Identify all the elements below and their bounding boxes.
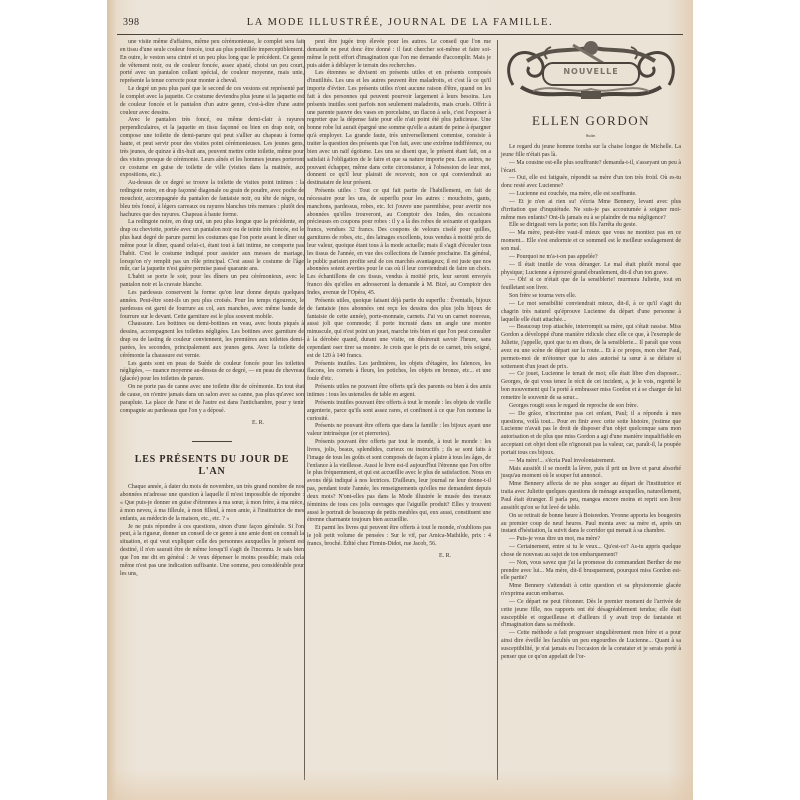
paragraph: — De grâce, n'incrimine pas cet enfant, … [501,411,681,458]
journal-title: LA MODE ILLUSTRÉE, JOURNAL DE LA FAMILLE… [117,17,683,28]
article-signature: E. R. [307,553,491,561]
page-header: 398 LA MODE ILLUSTRÉE, JOURNAL DE LA FAM… [117,14,683,35]
paragraph: Mme Bennery s'attendait à cette question… [501,583,681,599]
paragraph: Les gants sont en peau de Suède de coule… [120,361,304,385]
paragraph: Chaque année, à dater du mois de novembr… [120,484,304,523]
paragraph: — Et je n'en ai rien su! s'écria Mme Ben… [501,199,681,223]
paragraph: Présents inutiles pouvant être offerts à… [307,400,491,424]
paragraph: Présents utiles : Tout ce qui fait parti… [307,188,491,298]
paragraph: Présents utiles ne pouvant être offerts … [307,384,491,400]
paragraph: — Cette méthode a fait progresser singul… [501,630,681,661]
paragraph: — Non, vous savez que j'ai la promesse d… [501,560,681,584]
story-title: ELLEN GORDON [501,113,681,129]
paragraph: Le degré un peu plus paré que le second … [120,86,304,117]
paragraph: La redingote noire, en drap uni, un peu … [120,219,304,274]
paragraph: Le regard du jeune homme tomba sur la ch… [501,144,681,160]
paragraph: Chaussure. Les bottines ou demi-bottines… [120,321,304,360]
column-divider [304,40,305,780]
paragraph: Georges rougit sous le regard de reproch… [501,403,681,411]
paragraph: — Ma cousine est-elle plus souffrante? d… [501,160,681,176]
banner-label: NOUVELLE [503,68,679,76]
paragraph: Et parmi les livres qui peuvent être off… [307,525,491,549]
presents-article-body: Chaque année, à dater du mois de novembr… [120,484,304,578]
paragraph: Je ne puis répondre à ces questions, sin… [120,524,304,579]
section-separator [192,441,232,442]
paragraph: Présents pouvant être offerts par tout l… [307,439,491,525]
paragraph: Mme Bennery affecta de ne plus songer au… [501,481,681,512]
paragraph: — Il était inutile de vous déranger. Le … [501,262,681,278]
paragraph: Présents inutiles. Les jardinières, les … [307,361,491,385]
paragraph: Au-dessus de ce degré se trouve la toile… [120,180,304,219]
paragraph: Les étrennes se divisent en présents uti… [307,70,491,188]
paragraph: Son frère se tourna vers elle. [501,293,681,301]
paragraph: L'habit se porte le soir, pour les dîner… [120,274,304,290]
paragraph: On ne porte pas de canne avec une toilet… [120,384,304,415]
section-title: LES PRÉSENTS DU JOUR DE L'AN [120,454,304,478]
presents-article-continued: peut être jugée trop élevée pour les aut… [307,39,491,549]
paragraph: — Ma mère!... s'écria Paul involontairem… [501,458,681,466]
paragraph: — Certainement, entre si tu le veux... Q… [501,544,681,560]
paragraph: — Pourquoi ne m'a-t-on pas appelée? [501,254,681,262]
paragraph: — Oui, elle est fatiguée, répondit sa mè… [501,175,681,191]
paragraph: Avec le pantalon très foncé, ou même dem… [120,117,304,180]
column-1: une visite même d'affaires, même peu cér… [120,39,304,578]
paragraph: Présents utiles, quoique faisant déjà pa… [307,298,491,361]
article-signature: E. R. [120,420,304,428]
paragraph: — Lucienne est couchée, ma mère, elle es… [501,191,681,199]
paragraph: Mais aussitôt il se mordit la lèvre, pui… [501,466,681,482]
fashion-article-body: une visite même d'affaires, même peu cér… [120,39,304,416]
story-body: Le regard du jeune homme tomba sur la ch… [501,144,681,662]
paragraph: Présents ne pouvant être offerts que dan… [307,423,491,439]
column-divider [497,40,498,780]
story-continuation-note: Suite. [501,132,681,139]
paragraph: — Ce jouet, Lucienne le tenait de moi; e… [501,371,681,402]
paragraph: On se retirait de bonne heure à Boisredo… [501,513,681,537]
paragraph: — Oh! si ce n'était que de la sensibleri… [501,277,681,293]
paragraph: une visite même d'affaires, même peu cér… [120,39,304,86]
paragraph: — Beaucoup trop attachée, interrompit sa… [501,324,681,371]
column-3: NOUVELLE ELLEN GORDON Suite. Le regard d… [501,39,681,662]
paragraph: — Ce départ ne peut t'étonner. Dès le pr… [501,599,681,630]
column-2: peut être jugée trop élevée pour les aut… [307,39,491,561]
nouvelle-ornamental-banner: NOUVELLE [503,39,679,107]
paragraph: peut être jugée trop élevée pour les aut… [307,39,491,70]
paragraph: — Puis-je vous dire un mot, ma mère? [501,536,681,544]
paragraph: — Le mot sensibilité conviendrait mieux,… [501,301,681,325]
paragraph: Les pardessus conservent la forme qu'on … [120,290,304,321]
magazine-page: 398 LA MODE ILLUSTRÉE, JOURNAL DE LA FAM… [107,0,693,800]
paragraph: Elle se dirigeait vers la porte; son fil… [501,222,681,230]
paragraph: — Ma mère, peut-être vaut-il mieux que v… [501,230,681,254]
